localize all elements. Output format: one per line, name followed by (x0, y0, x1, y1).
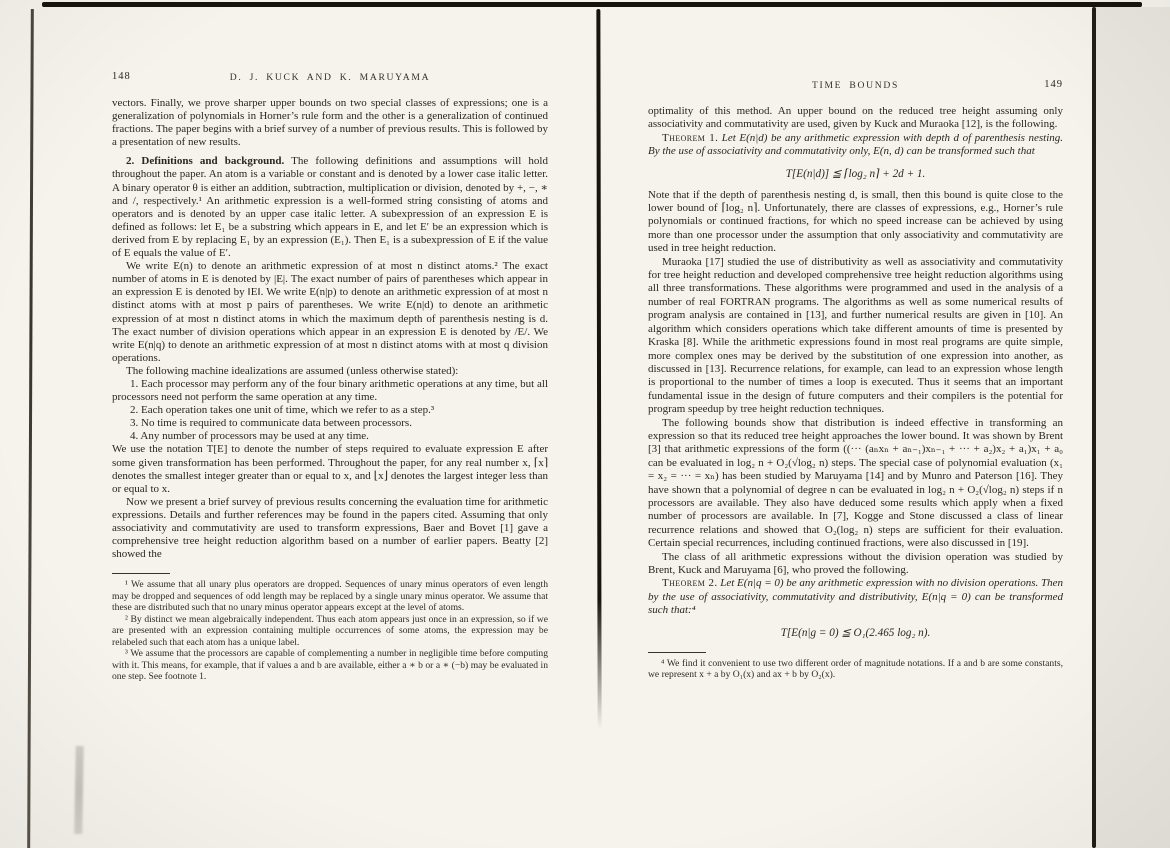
theorem-1: Theorem 1. Let E(n|d) be any arithmetic … (648, 132, 1063, 159)
footnote-3: ³ We assume that the processors are capa… (112, 648, 548, 683)
list-item: 1. Each processor may perform any of the… (112, 378, 548, 404)
paragraph-intro: vectors. Finally, we prove sharper upper… (112, 97, 548, 149)
list-item: 3. No time is required to communicate da… (112, 417, 548, 430)
left-page-number: 148 (112, 71, 131, 82)
section-text: The following definitions and assumption… (112, 155, 548, 259)
paragraph-notation-2: We use the notation T[E] to denote the n… (112, 443, 548, 495)
formula-theorem-2: T[E(n|g = 0) ≦ O₁(2.465 log₂ n). (648, 626, 1063, 640)
left-page-header: 148 D. J. KUCK AND K. MARUYAMA (112, 72, 548, 86)
paragraph-optimality: optimality of this method. An upper boun… (648, 105, 1063, 132)
section-heading: 2. Definitions and background. (126, 155, 284, 167)
footnote-1: ¹ We assume that all unary plus operator… (112, 579, 548, 614)
scanned-journal-spread: { "colors": { "paper": "#f5f3ec", "ink":… (0, 0, 1170, 848)
right-page-header: TIME BOUNDS 149 (648, 80, 1063, 94)
footnote-4: ⁴ We find it convenient to use two diffe… (648, 658, 1063, 681)
footnote-rule (112, 573, 170, 574)
paragraph-bounds: The following bounds show that distribut… (648, 417, 1063, 551)
paragraph-idealizations-intro: The following machine idealizations are … (112, 365, 548, 378)
scan-smudge (74, 746, 84, 834)
paragraph-definitions: 2. Definitions and background. The follo… (112, 155, 548, 260)
paragraph-class: The class of all arithmetic expressions … (648, 551, 1063, 578)
right-running-head: TIME BOUNDS (648, 80, 1063, 91)
footnote-2: ² By distinct we mean algebraically inde… (112, 614, 548, 649)
book-spine-line (596, 9, 601, 729)
theorem-2-label: Theorem 2. (662, 577, 718, 589)
paragraph-note: Note that if the depth of parenthesis ne… (648, 189, 1063, 256)
paragraph-muraoka: Muraoka [17] studied the use of distribu… (648, 256, 1063, 417)
paragraph-survey: Now we present a brief survey of previou… (112, 496, 548, 561)
right-page-number: 149 (1044, 79, 1063, 90)
scanner-margin (1096, 7, 1170, 848)
footnote-rule (648, 652, 706, 653)
list-item: 4. Any number of processors may be used … (112, 430, 548, 443)
theorem-1-label: Theorem 1. (662, 132, 718, 144)
scan-left-binding-line (27, 9, 34, 848)
left-running-head: D. J. KUCK AND K. MARUYAMA (112, 72, 548, 83)
list-item: 2. Each operation takes one unit of time… (112, 404, 548, 417)
right-page: TIME BOUNDS 149 optimality of this metho… (648, 80, 1063, 681)
theorem-2: Theorem 2. Let E(n|q = 0) be any arithme… (648, 577, 1063, 617)
left-page: 148 D. J. KUCK AND K. MARUYAMA vectors. … (112, 72, 548, 683)
formula-theorem-1: T[E(n|d)] ≦ ⌈log₂ n⌉ + 2d + 1. (648, 167, 1063, 181)
paragraph-notation: We write E(n) to denote an arithmetic ex… (112, 260, 548, 365)
scan-top-edge (42, 2, 1142, 7)
